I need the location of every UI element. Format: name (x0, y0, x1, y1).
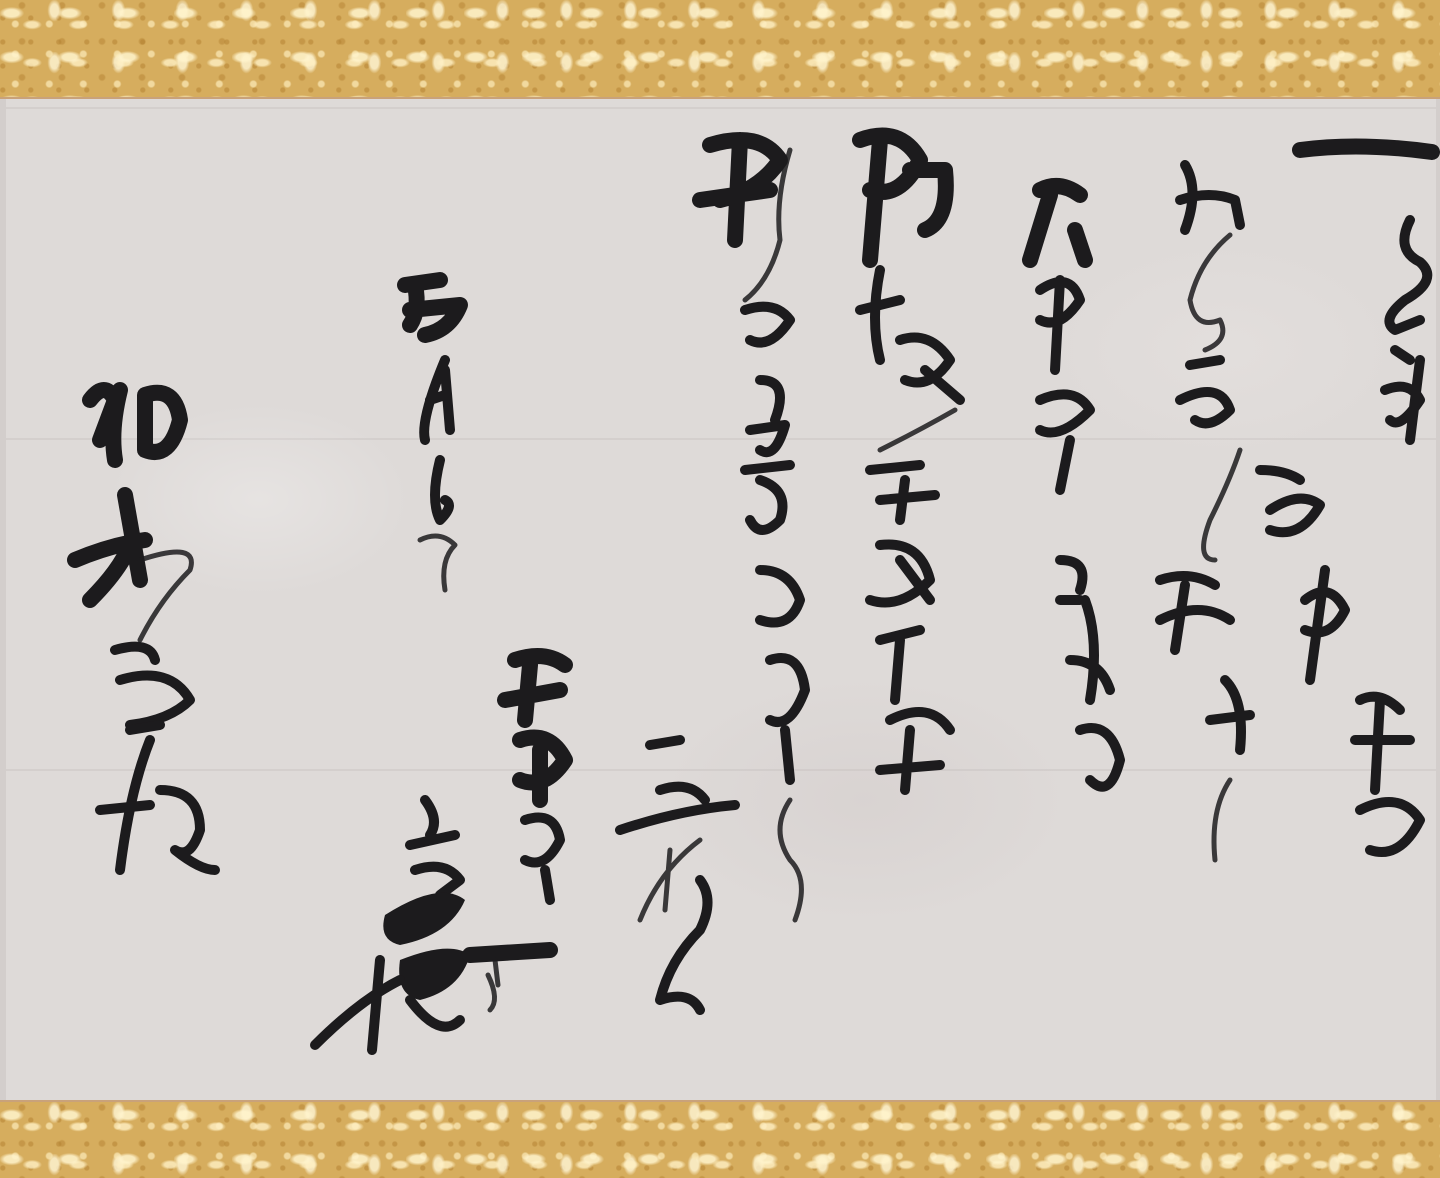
paper-panel (0, 99, 1440, 1100)
brocade-bottom-band (0, 1100, 1440, 1178)
brocade-top-band (0, 0, 1440, 99)
